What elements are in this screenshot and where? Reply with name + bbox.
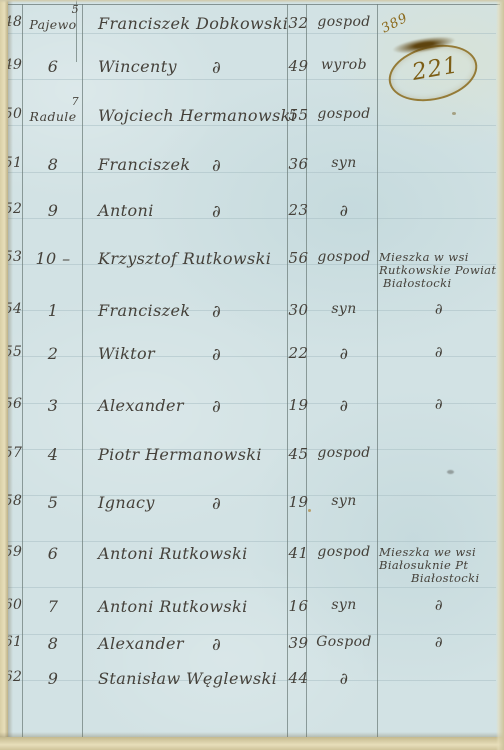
house-number: 5: [48, 493, 59, 512]
occupation: gospod: [311, 106, 377, 122]
row-number: 59: [3, 544, 23, 560]
row-number: 49: [3, 57, 23, 73]
person-name: Wincenty: [90, 57, 177, 76]
surname-ditto-mark: ∂: [212, 397, 221, 417]
house-number: 10 –: [35, 249, 70, 268]
table-row: 574Piotr Hermanowski45gospod: [0, 445, 504, 485]
village-house-cell: 6: [24, 544, 82, 563]
registry-page-scan: 48Pajewo5Franciszek Dobkowski32gospod496…: [0, 0, 504, 750]
occupation: gospod: [311, 445, 377, 461]
table-row: 541Franciszek∂30syn∂: [0, 301, 504, 341]
age-value: 32: [285, 14, 312, 32]
notes-line: Białostocki: [411, 572, 499, 585]
paper-stain: [447, 470, 454, 474]
occupation: gospod: [311, 14, 377, 30]
house-number: 3: [48, 396, 59, 415]
village-house-cell: 8: [24, 634, 82, 653]
age-value: 36: [285, 155, 312, 173]
house-number: 6: [48, 57, 59, 76]
notes-cell: ∂: [379, 398, 504, 411]
paper-stain: [308, 509, 311, 512]
occupation: syn: [311, 301, 377, 317]
house-number: 8: [48, 155, 59, 174]
person-name: Franciszek Dobkowski: [90, 14, 288, 33]
age-value: 30: [285, 301, 312, 319]
surname-ditto-mark: ∂: [212, 494, 221, 514]
occupation: syn: [311, 155, 377, 171]
name-cell: Alexander∂: [90, 396, 286, 415]
name-cell: Antoni∂: [90, 201, 286, 220]
age-value: 56: [285, 249, 312, 267]
table-row: 563Alexander∂19∂∂: [0, 396, 504, 436]
name-cell: Wiktor∂: [90, 344, 286, 363]
occupation: gospod: [311, 249, 377, 265]
row-number: 50: [3, 106, 23, 122]
notes-cell: ∂: [379, 636, 504, 649]
row-number: 62: [3, 669, 23, 685]
surname-ditto-mark: ∂: [212, 302, 221, 322]
notes-cell: ∂: [379, 599, 504, 612]
notes-line: ∂: [379, 599, 499, 612]
name-cell: Antoni Rutkowski: [90, 544, 286, 563]
person-name: Alexander: [90, 634, 184, 653]
occupation: Gospod: [311, 634, 377, 650]
surname-ditto-mark: ∂: [212, 156, 221, 176]
table-row: 50Radule7Wojciech Hermanowski55gospod: [0, 106, 504, 146]
village-house-cell: 1: [24, 301, 82, 320]
surname-ditto-mark: ∂: [212, 202, 221, 222]
person-name: Wojciech Hermanowski: [90, 106, 296, 125]
person-name: Piotr Hermanowski: [90, 445, 262, 464]
village-house-cell: 5: [24, 493, 82, 512]
table-row: 607Antoni Rutkowski16syn∂: [0, 597, 504, 637]
person-name: Antoni Rutkowski: [90, 544, 248, 563]
surname-ditto-mark: ∂: [212, 345, 221, 365]
occupation: ∂: [311, 396, 377, 415]
table-row: 518Franciszek∂36syn: [0, 155, 504, 195]
paper-edge-bottom: [0, 737, 504, 750]
occupation: syn: [311, 493, 377, 509]
house-number: 7: [48, 597, 59, 616]
village-house-cell: 6: [24, 57, 82, 76]
table-row: 529Antoni∂23∂: [0, 201, 504, 241]
notes-cell: Mieszka we wsiBiałosuknie PtBiałostocki: [379, 546, 499, 585]
row-number: 54: [3, 301, 23, 317]
house-number: 9: [48, 201, 59, 220]
row-number: 57: [3, 445, 23, 461]
table-row: 618Alexander∂39Gospod∂: [0, 634, 504, 674]
village-house-cell: 9: [24, 669, 82, 688]
person-name: Franciszek: [90, 155, 190, 174]
village-house-cell: 7: [24, 597, 82, 616]
age-value: 49: [285, 57, 312, 75]
person-name: Stanisław Węglewski: [90, 669, 277, 688]
house-number: 1: [48, 301, 59, 320]
age-value: 44: [285, 669, 312, 687]
occupation: wyrob: [311, 57, 377, 73]
name-cell: Franciszek∂: [90, 155, 286, 174]
name-cell: Stanisław Węglewski: [90, 669, 286, 688]
person-name: Krzysztof Rutkowski: [90, 249, 271, 268]
house-number: 8: [48, 634, 59, 653]
village-house-cell: 3: [24, 396, 82, 415]
village-house-cell: 2: [24, 344, 82, 363]
table-row: 585Ignacy∂19syn: [0, 493, 504, 533]
row-number: 52: [3, 201, 23, 217]
row-number: 56: [3, 396, 23, 412]
surname-ditto-mark: ∂: [212, 635, 221, 655]
age-value: 22: [285, 344, 312, 362]
person-name: Franciszek: [90, 301, 190, 320]
row-number: 55: [3, 344, 23, 360]
age-value: 41: [285, 544, 312, 562]
notes-line: Białostocki: [383, 277, 499, 290]
village-house-cell: 9: [24, 201, 82, 220]
table-row: 629Stanisław Węglewski44∂: [0, 669, 504, 709]
name-cell: Franciszek Dobkowski: [90, 14, 286, 33]
name-cell: Krzysztof Rutkowski: [90, 249, 286, 268]
house-number-sup: 5: [72, 3, 79, 16]
row-number: 51: [3, 155, 23, 171]
age-value: 16: [285, 597, 312, 615]
village-house-cell: Radule7: [24, 106, 82, 125]
person-name: Antoni Rutkowski: [90, 597, 248, 616]
name-cell: Franciszek∂: [90, 301, 286, 320]
village-house-cell: Pajewo5: [24, 14, 82, 33]
name-cell: Ignacy∂: [90, 493, 286, 512]
person-name: Alexander: [90, 396, 184, 415]
village-name: Radule: [30, 109, 77, 124]
person-name: Ignacy: [90, 493, 155, 512]
row-number: 60: [3, 597, 23, 613]
person-name: Antoni: [90, 201, 154, 220]
table-row: 552Wiktor∂22∂∂: [0, 344, 504, 384]
age-value: 19: [285, 396, 312, 414]
name-cell: Antoni Rutkowski: [90, 597, 286, 616]
row-number: 58: [3, 493, 23, 509]
notes-line: ∂: [379, 398, 499, 411]
row-number: 61: [3, 634, 23, 650]
occupation: ∂: [311, 344, 377, 363]
house-number: 9: [48, 669, 59, 688]
table-row: 596Antoni Rutkowski41gospodMieszka we ws…: [0, 544, 504, 584]
name-cell: Wojciech Hermanowski: [90, 106, 286, 125]
house-number: 2: [48, 344, 59, 363]
age-value: 39: [285, 634, 312, 652]
notes-line: ∂: [379, 636, 499, 649]
row-number: 48: [3, 14, 23, 30]
occupation: gospod: [311, 544, 377, 560]
house-number-sup: 7: [72, 95, 79, 108]
name-cell: Piotr Hermanowski: [90, 445, 286, 464]
age-value: 45: [285, 445, 312, 463]
occupation: ∂: [311, 669, 377, 688]
house-number: 4: [48, 445, 59, 464]
notes-line: ∂: [379, 346, 499, 359]
oval-ink-stamp: 221: [388, 40, 480, 104]
village-house-cell: 8: [24, 155, 82, 174]
name-cell: Alexander∂: [90, 634, 286, 653]
village-name: Pajewo: [29, 17, 76, 32]
row-number: 53: [3, 249, 23, 265]
paper-stain: [452, 112, 456, 115]
name-cell: Wincenty∂: [90, 57, 286, 76]
surname-ditto-mark: ∂: [212, 58, 221, 78]
house-number: 6: [48, 544, 59, 563]
village-house-cell: 10 –: [24, 249, 82, 268]
person-name: Wiktor: [90, 344, 155, 363]
paper-edge-shadow: [0, 732, 504, 737]
notes-line: ∂: [379, 303, 499, 316]
age-value: 55: [285, 106, 312, 124]
notes-cell: ∂: [379, 303, 504, 316]
age-value: 23: [285, 201, 312, 219]
notes-cell: ∂: [379, 346, 504, 359]
occupation: syn: [311, 597, 377, 613]
occupation: ∂: [311, 201, 377, 220]
table-row: 5310 –Krzysztof Rutkowski56gospodMieszka…: [0, 249, 504, 289]
notes-cell: Mieszka w wsiRutkowskie PowiatBiałostock…: [379, 251, 499, 290]
village-house-cell: 4: [24, 445, 82, 464]
